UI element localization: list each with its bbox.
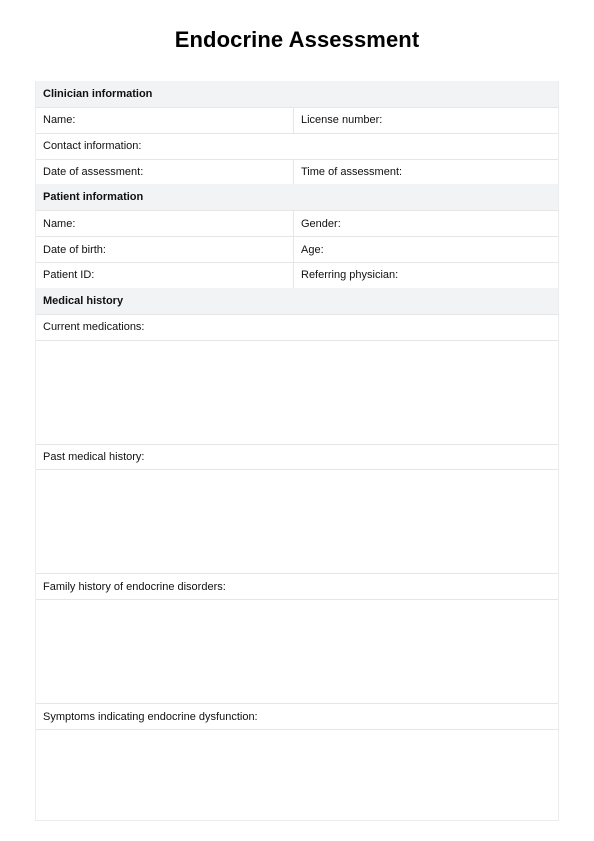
section-title: Patient information xyxy=(36,184,558,210)
section-header-medical-history: Medical history xyxy=(36,288,558,314)
past-medical-history-textarea[interactable] xyxy=(36,469,558,573)
form-row: Past medical history: xyxy=(36,444,558,470)
current-medications-label: Current medications: xyxy=(36,315,558,340)
time-of-assessment-field[interactable]: Time of assessment: xyxy=(294,160,558,185)
form-row: Current medications: xyxy=(36,314,558,340)
referring-physician-field[interactable]: Referring physician: xyxy=(294,263,558,288)
current-medications-textarea[interactable] xyxy=(36,340,558,444)
date-of-birth-field[interactable]: Date of birth: xyxy=(36,237,294,262)
form-row: Name: Gender: xyxy=(36,210,558,236)
contact-information-field[interactable]: Contact information: xyxy=(36,134,558,159)
assessment-form: Clinician information Name: License numb… xyxy=(35,81,559,821)
symptoms-textarea[interactable] xyxy=(36,729,558,820)
form-row: Contact information: xyxy=(36,133,558,159)
clinician-name-field[interactable]: Name: xyxy=(36,108,294,133)
age-field[interactable]: Age: xyxy=(294,237,558,262)
family-history-label: Family history of endocrine disorders: xyxy=(36,574,558,599)
past-medical-history-label: Past medical history: xyxy=(36,445,558,470)
patient-id-field[interactable]: Patient ID: xyxy=(36,263,294,288)
patient-name-field[interactable]: Name: xyxy=(36,211,294,236)
form-row: Date of birth: Age: xyxy=(36,236,558,262)
page-title: Endocrine Assessment xyxy=(0,27,594,53)
form-row: Date of assessment: Time of assessment: xyxy=(36,159,558,185)
gender-field[interactable]: Gender: xyxy=(294,211,558,236)
date-of-assessment-field[interactable]: Date of assessment: xyxy=(36,160,294,185)
family-history-textarea[interactable] xyxy=(36,599,558,703)
form-row: Patient ID: Referring physician: xyxy=(36,262,558,288)
section-header-clinician: Clinician information xyxy=(36,81,558,107)
section-title: Clinician information xyxy=(36,81,558,107)
form-row: Name: License number: xyxy=(36,107,558,133)
form-row: Symptoms indicating endocrine dysfunctio… xyxy=(36,703,558,729)
license-number-field[interactable]: License number: xyxy=(294,108,558,133)
section-title: Medical history xyxy=(36,288,558,314)
symptoms-label: Symptoms indicating endocrine dysfunctio… xyxy=(36,704,558,729)
form-row: Family history of endocrine disorders: xyxy=(36,573,558,599)
section-header-patient: Patient information xyxy=(36,184,558,210)
